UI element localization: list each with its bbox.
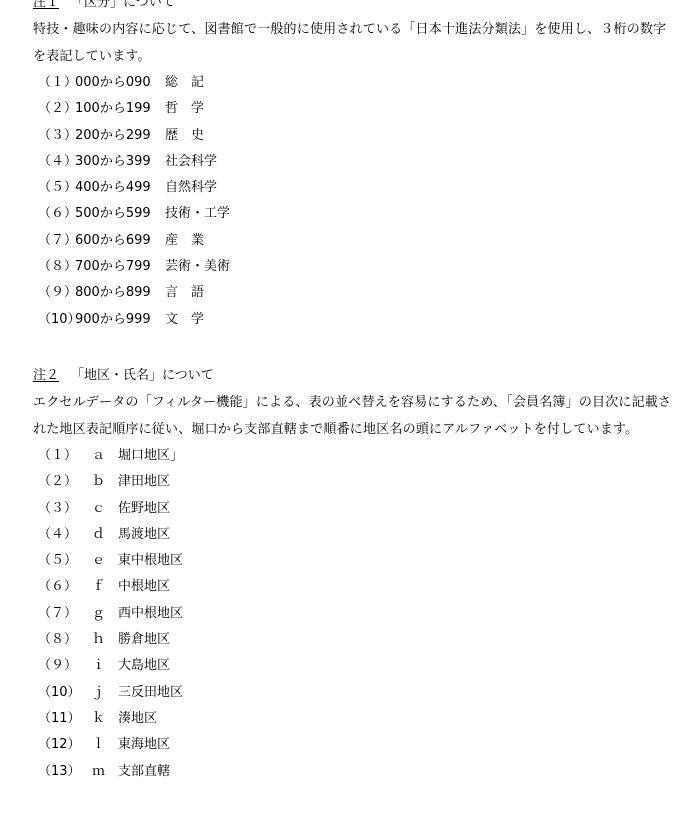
item-category: 自然科学 — [165, 175, 217, 201]
item-area: 大島地区 — [118, 653, 170, 679]
item-number: （13） — [38, 759, 81, 785]
list-item: （10）ｊ三反田地区 — [0, 680, 699, 706]
item-category: 総 記 — [165, 70, 204, 96]
item-number: （６） — [38, 201, 77, 227]
item-range: 000から090 — [75, 70, 151, 96]
item-area: 堀口地区」 — [118, 443, 183, 469]
item-letter: ｅ — [92, 548, 102, 574]
note2-id: 注２ — [33, 366, 63, 386]
list-item: （７）600から699産 業 — [0, 228, 699, 254]
document-page: 注１「区分」について 特技・趣味の内容に応じて、図書館で一般的に使用されている「… — [0, 0, 699, 825]
item-letter: ｉ — [92, 653, 102, 679]
item-number: （２） — [38, 469, 77, 495]
note1-heading: 注１「区分」について — [0, 0, 699, 13]
item-letter: ｂ — [92, 469, 102, 495]
item-number: （５） — [38, 175, 77, 201]
list-item: （１）000から090総 記 — [0, 70, 699, 96]
list-item: （６）500から599技術・工学 — [0, 201, 699, 227]
item-number: （８） — [38, 627, 77, 653]
list-item: （８）700から799芸術・美術 — [0, 254, 699, 280]
item-area: 津田地区 — [118, 469, 170, 495]
item-number: （１） — [38, 443, 77, 469]
item-number: （５） — [38, 548, 77, 574]
list-item: （４）ｄ馬渡地区 — [0, 522, 699, 548]
item-category: 社会科学 — [165, 149, 217, 175]
note2-section: 注２「地区・氏名」について エクセルデータの「フィルター機能」による、表の並べ替… — [0, 366, 699, 785]
list-item: （３）200から299歴 史 — [0, 123, 699, 149]
item-category: 歴 史 — [165, 123, 204, 149]
list-item: （２）ｂ津田地区 — [0, 469, 699, 495]
list-item: （７）ｇ西中根地区 — [0, 601, 699, 627]
item-letter: ｈ — [92, 627, 102, 653]
item-letter: ｃ — [92, 496, 102, 522]
item-number: （10） — [38, 680, 81, 706]
item-number: （９） — [38, 653, 77, 679]
list-item: （９）ｉ大島地区 — [0, 653, 699, 679]
item-letter: ｋ — [92, 706, 102, 732]
item-category: 文 学 — [165, 307, 204, 326]
item-number: （４） — [38, 149, 77, 175]
list-item: （５）ｅ東中根地区 — [0, 548, 699, 574]
item-category: 芸術・美術 — [165, 254, 230, 280]
item-area: 東海地区 — [118, 732, 170, 758]
item-number: （４） — [38, 522, 77, 548]
note2-title: 「地区・氏名」について — [71, 366, 214, 386]
item-letter: ｇ — [92, 601, 102, 627]
item-number: （７） — [38, 601, 77, 627]
list-item: （８）ｈ勝倉地区 — [0, 627, 699, 653]
item-range: 700から799 — [75, 254, 151, 280]
list-item: （11）ｋ湊地区 — [0, 706, 699, 732]
item-number: （８） — [38, 254, 77, 280]
item-letter: ｆ — [92, 574, 102, 600]
item-area: 東中根地区 — [118, 548, 183, 574]
item-category: 産 業 — [165, 228, 204, 254]
item-area: 馬渡地区 — [118, 522, 170, 548]
item-area: 湊地区 — [118, 706, 157, 732]
item-area: 三反田地区 — [118, 680, 183, 706]
item-letter: ｄ — [92, 522, 102, 548]
item-letter: ａ — [92, 443, 102, 469]
item-category: 技術・工学 — [165, 201, 230, 227]
list-item: （４）300から399社会科学 — [0, 149, 699, 175]
item-number: （２） — [38, 96, 77, 122]
note2-paragraph: エクセルデータの「フィルター機能」による、表の並べ替えを容易にするため、「会員名… — [0, 390, 673, 443]
item-range: 500から599 — [75, 201, 151, 227]
list-item: （６）ｆ中根地区 — [0, 574, 699, 600]
list-item: （12）ｌ東海地区 — [0, 732, 699, 758]
item-range: 100から199 — [75, 96, 151, 122]
item-letter: ｊ — [92, 680, 102, 706]
item-letter: ｍ — [92, 759, 102, 785]
list-item: （２）100から199哲 学 — [0, 96, 699, 122]
item-range: 300から399 — [75, 149, 151, 175]
list-item: （10）900から999文 学 — [0, 307, 699, 326]
note1-title: 「区分」について — [71, 0, 175, 13]
list-item: （13）ｍ支部直轄 — [0, 759, 699, 785]
item-number: （11） — [38, 706, 81, 732]
item-area: 支部直轄 — [118, 759, 170, 785]
item-number: （６） — [38, 574, 77, 600]
item-range: 800から899 — [75, 280, 151, 306]
list-item: （１）ａ堀口地区」 — [0, 443, 699, 469]
item-category: 哲 学 — [165, 96, 204, 122]
note1-section: 注１「区分」について 特技・趣味の内容に応じて、図書館で一般的に使用されている「… — [0, 0, 699, 326]
item-area: 勝倉地区 — [118, 627, 170, 653]
item-range: 400から499 — [75, 175, 151, 201]
list-item: （９）800から899言 語 — [0, 280, 699, 306]
list-item: （３）ｃ佐野地区 — [0, 496, 699, 522]
item-number: （12） — [38, 732, 81, 758]
classification-list: （１）000から090総 記 （２）100から199哲 学 （３）200から29… — [0, 70, 699, 326]
item-range: 900から999 — [75, 307, 151, 326]
item-letter: ｌ — [92, 732, 102, 758]
item-number: （３） — [38, 123, 77, 149]
district-list: （１）ａ堀口地区」 （２）ｂ津田地区 （３）ｃ佐野地区 （４）ｄ馬渡地区 （５）… — [0, 443, 699, 785]
note2-heading: 注２「地区・氏名」について — [0, 366, 699, 386]
item-range: 600から699 — [75, 228, 151, 254]
item-category: 言 語 — [165, 280, 204, 306]
item-number: （９） — [38, 280, 77, 306]
list-item: （５）400から499自然科学 — [0, 175, 699, 201]
item-area: 佐野地区 — [118, 496, 170, 522]
item-area: 中根地区 — [118, 574, 170, 600]
note1-paragraph: 特技・趣味の内容に応じて、図書館で一般的に使用されている「日本十進法分類法」を使… — [0, 17, 673, 70]
note1-id: 注１ — [33, 0, 63, 13]
item-number: （３） — [38, 496, 77, 522]
item-number: （７） — [38, 228, 77, 254]
item-range: 200から299 — [75, 123, 151, 149]
item-number: （１） — [38, 70, 77, 96]
item-area: 西中根地区 — [118, 601, 183, 627]
